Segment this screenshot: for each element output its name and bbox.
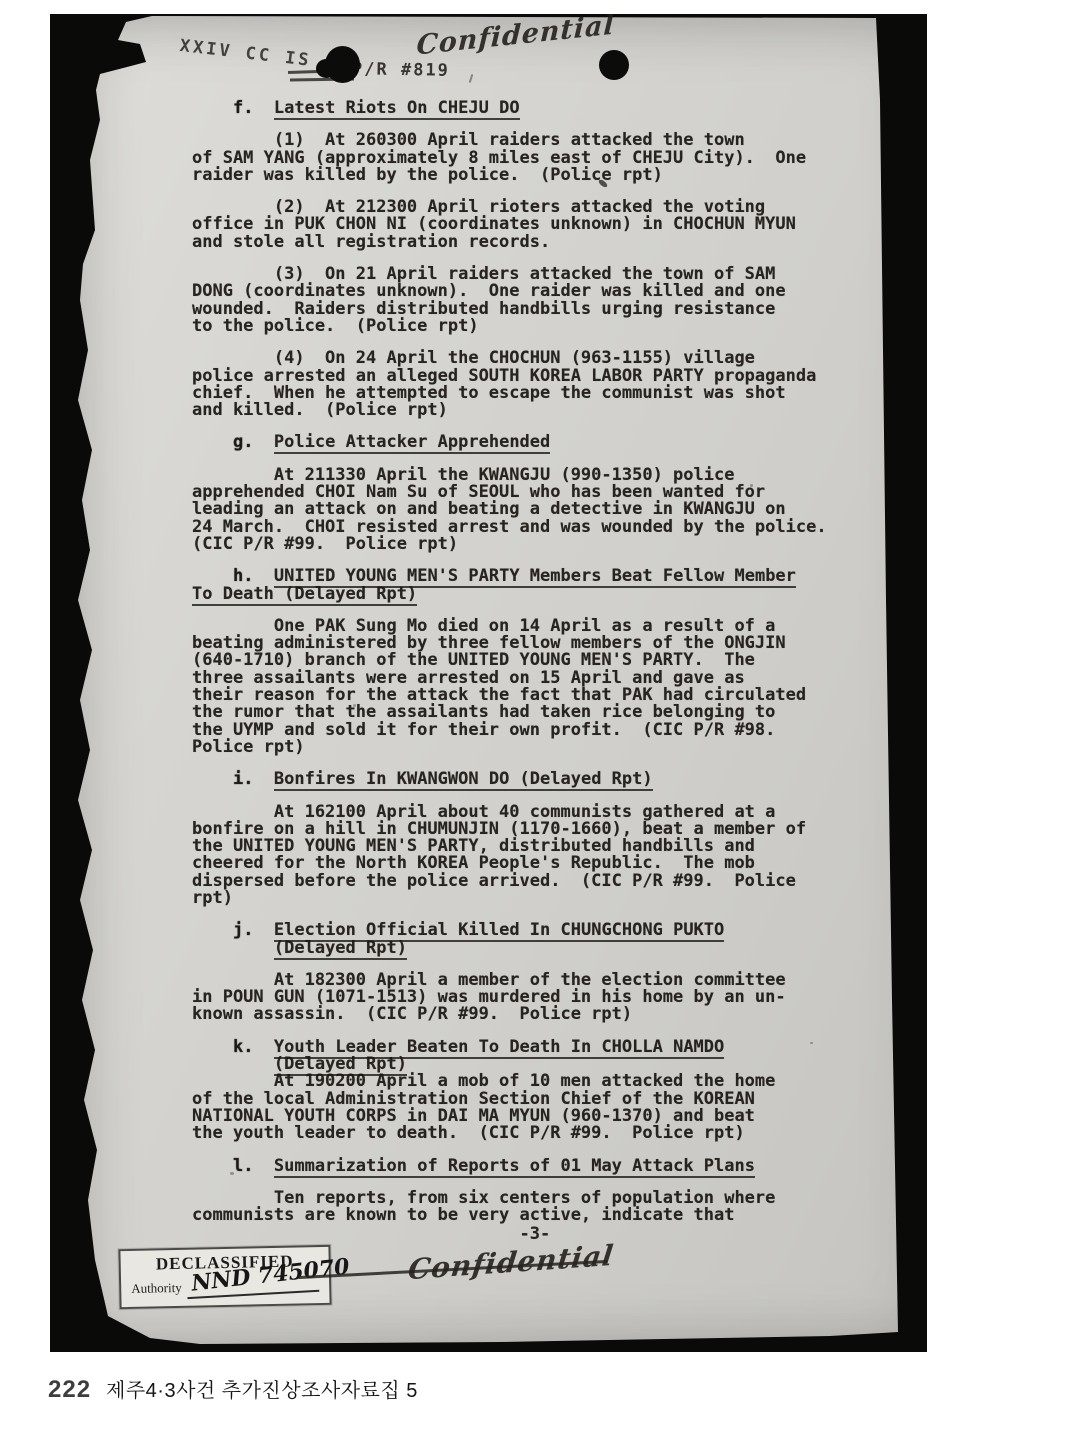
paragraph: At 162100 April about 40 communists gath… <box>192 804 827 908</box>
section-heading: f. Latest Riots On CHEJU DO <box>192 100 827 117</box>
book-footer: 222 제주4·3사건 추가진상조사자료집 5 <box>48 1374 418 1404</box>
typed-line: the rumor that the assailants had taken … <box>192 704 827 721</box>
typed-line: l. Summarization of Reports of 01 May At… <box>192 1158 827 1175</box>
typed-line: known assassin. (CIC P/R #99. Police rpt… <box>192 1006 827 1023</box>
typed-line: communists are known to be very active, … <box>192 1207 827 1224</box>
typed-line: and killed. (Police rpt) <box>192 402 827 419</box>
scanned-document: XXIV CC IS G P/R #819 Confidential f. La… <box>50 14 927 1352</box>
section-heading: g. Police Attacker Apprehended <box>192 434 827 451</box>
paragraph: Ten reports, from six centers of populat… <box>192 1190 827 1225</box>
book-page-number: 222 <box>48 1376 91 1404</box>
book-page: XXIV CC IS G P/R #819 Confidential f. La… <box>0 0 1080 1439</box>
typed-line: h. UNITED YOUNG MEN'S PARTY Members Beat… <box>192 568 827 585</box>
typed-line: raider was killed by the police. (Police… <box>192 167 827 184</box>
book-title-caption: 제주4·3사건 추가진상조사자료집 5 <box>106 1374 418 1403</box>
section-heading: l. Summarization of Reports of 01 May At… <box>192 1158 827 1175</box>
typed-line: (CIC P/R #99. Police rpt) <box>192 536 827 553</box>
paragraph: At 211330 April the KWANGJU (990-1350) p… <box>192 467 827 553</box>
paragraph: (2) At 212300 April rioters attacked the… <box>192 199 827 251</box>
scan-speck <box>810 1042 813 1044</box>
typed-body: f. Latest Riots On CHEJU DO (1) At 26030… <box>192 100 827 1244</box>
typed-line: g. Police Attacker Apprehended <box>192 434 827 451</box>
paragraph: (4) On 24 April the CHOCHUN (963-1155) v… <box>192 350 827 419</box>
section-heading: h. UNITED YOUNG MEN'S PARTY Members Beat… <box>192 568 827 603</box>
typed-line: dispersed before the police arrived. (CI… <box>192 873 827 890</box>
paragraph: At 190200 April a mob of 10 men attacked… <box>192 1073 827 1142</box>
section-heading: j. Election Official Killed In CHUNGCHON… <box>192 922 827 957</box>
scan-speck <box>750 484 753 487</box>
declassified-stamp-authority-label: Authority <box>131 1280 182 1297</box>
section-heading: i. Bonfires In KWANGWON DO (Delayed Rpt) <box>192 771 827 788</box>
header-report-number: P/R #819 <box>352 59 450 81</box>
typed-line: the youth leader to death. (CIC P/R #99.… <box>192 1125 827 1142</box>
typed-line: (Delayed Rpt) <box>192 940 827 957</box>
typed-line: Police rpt) <box>192 739 827 756</box>
paragraph: (3) On 21 April raiders attacked the tow… <box>192 266 827 335</box>
typed-line: f. Latest Riots On CHEJU DO <box>192 100 827 117</box>
hole-punch-icon <box>325 46 360 83</box>
typed-line: to the police. (Police rpt) <box>192 318 827 335</box>
typed-line: and stole all registration records. <box>192 234 827 251</box>
scan-speck <box>353 704 356 707</box>
confidential-handwriting-bottom: Confidential <box>350 1242 630 1296</box>
section-heading: k. Youth Leader Beaten To Death In CHOLL… <box>192 1039 827 1074</box>
hole-punch-icon <box>599 50 629 80</box>
paragraph: At 182300 April a member of the election… <box>192 972 827 1024</box>
typed-line: j. Election Official Killed In CHUNGCHON… <box>192 922 827 939</box>
typed-line: rpt) <box>192 890 827 907</box>
paragraph: One PAK Sung Mo died on 14 April as a re… <box>192 618 827 756</box>
typed-line: (1) At 260300 April raiders attacked the… <box>192 132 827 149</box>
typed-line: i. Bonfires In KWANGWON DO (Delayed Rpt) <box>192 771 827 788</box>
typed-line: To Death (Delayed Rpt) <box>192 586 827 603</box>
scan-speck <box>230 1172 234 1175</box>
paragraph: (1) At 260300 April raiders attacked the… <box>192 132 827 184</box>
typed-line: (4) On 24 April the CHOCHUN (963-1155) v… <box>192 350 827 367</box>
